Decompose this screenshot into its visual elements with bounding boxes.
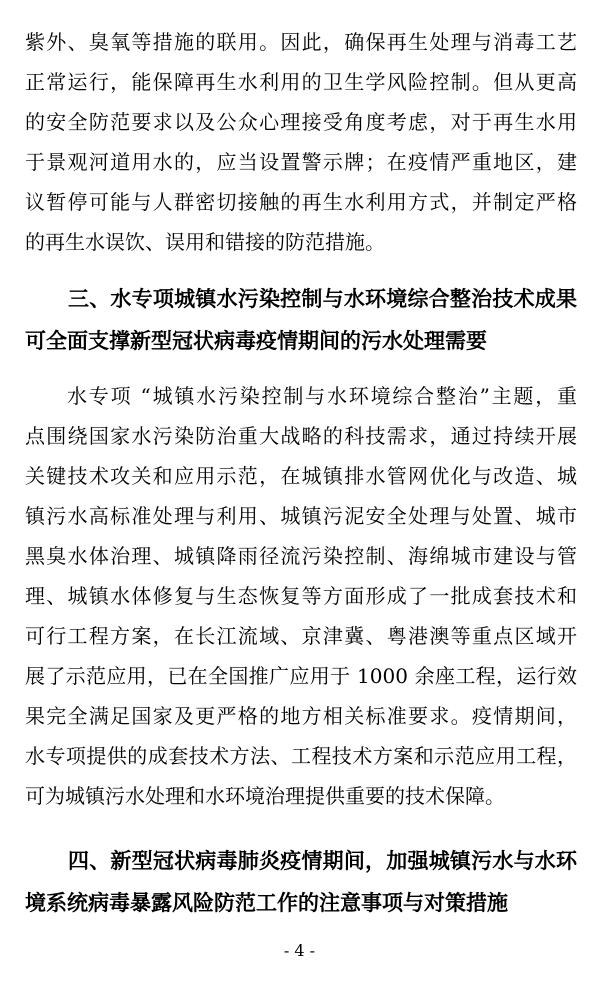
text-line: 议暂停可能与人群密切接触的再生水利用方式，并制定严格 [25, 182, 577, 222]
text-line: 展了示范应用，已在全国推广应用于 1000 余座工程，运行效 [25, 656, 577, 696]
text-line: 的安全防范要求以及公众心理接受角度考虑，对于再生水用 [25, 102, 577, 142]
text-line: 境系统病毒暴露风险防范工作的注意事项与对策措施 [25, 882, 577, 924]
text-line: 关键技术攻关和应用示范，在城镇排水管网优化与改造、城 [25, 456, 577, 496]
text-line: 四、新型冠状病毒肺炎疫情期间，加强城镇污水与水环 [25, 840, 577, 882]
text-line: 水专项提供的成套技术方法、工程技术方案和示范应用工程， [25, 736, 577, 776]
text-line: 果完全满足国家及更严格的地方相关标准要求。疫情期间， [25, 696, 577, 736]
page-number: - 4 - [284, 941, 315, 960]
text-line: 黑臭水体治理、城镇降雨径流污染控制、海绵城市建设与管 [25, 536, 577, 576]
section-heading: 四、新型冠状病毒肺炎疫情期间，加强城镇污水与水环境系统病毒暴露风险防范工作的注意… [25, 840, 577, 924]
text-line: 紫外、臭氧等措施的联用。因此，确保再生处理与消毒工艺 [25, 22, 577, 62]
page-footer: - 4 - [0, 941, 599, 961]
document-content: 紫外、臭氧等措施的联用。因此，确保再生处理与消毒工艺正常运行，能保障再生水利用的… [25, 22, 577, 924]
text-line: 点围绕国家水污染防治重大战略的科技需求，通过持续开展 [25, 416, 577, 456]
text-line: 水专项 “城镇水污染控制与水环境综合整治”主题，重 [25, 376, 577, 416]
text-line: 理、城镇水体修复与生态恢复等方面形成了一批成套技术和 [25, 576, 577, 616]
section-heading: 三、水专项城镇水污染控制与水环境综合整治技术成果可全面支撑新型冠状病毒疫情期间的… [25, 278, 577, 362]
text-line: 的再生水误饮、误用和错接的防范措施。 [25, 222, 577, 262]
text-line: 镇污水高标准处理与利用、城镇污泥安全处理与处置、城市 [25, 496, 577, 536]
paragraph: 水专项 “城镇水污染控制与水环境综合整治”主题，重点围绕国家水污染防治重大战略的… [25, 376, 577, 816]
paragraph: 紫外、臭氧等措施的联用。因此，确保再生处理与消毒工艺正常运行，能保障再生水利用的… [25, 22, 577, 262]
text-line: 三、水专项城镇水污染控制与水环境综合整治技术成果 [25, 278, 577, 320]
text-line: 可行工程方案，在长江流域、京津冀、粤港澳等重点区域开 [25, 616, 577, 656]
text-line: 于景观河道用水的，应当设置警示牌；在疫情严重地区，建 [25, 142, 577, 182]
text-line: 可为城镇污水处理和水环境治理提供重要的技术保障。 [25, 776, 577, 816]
text-line: 正常运行，能保障再生水利用的卫生学风险控制。但从更高 [25, 62, 577, 102]
text-line: 可全面支撑新型冠状病毒疫情期间的污水处理需要 [25, 320, 577, 362]
document-page: 紫外、臭氧等措施的联用。因此，确保再生处理与消毒工艺正常运行，能保障再生水利用的… [0, 0, 599, 990]
